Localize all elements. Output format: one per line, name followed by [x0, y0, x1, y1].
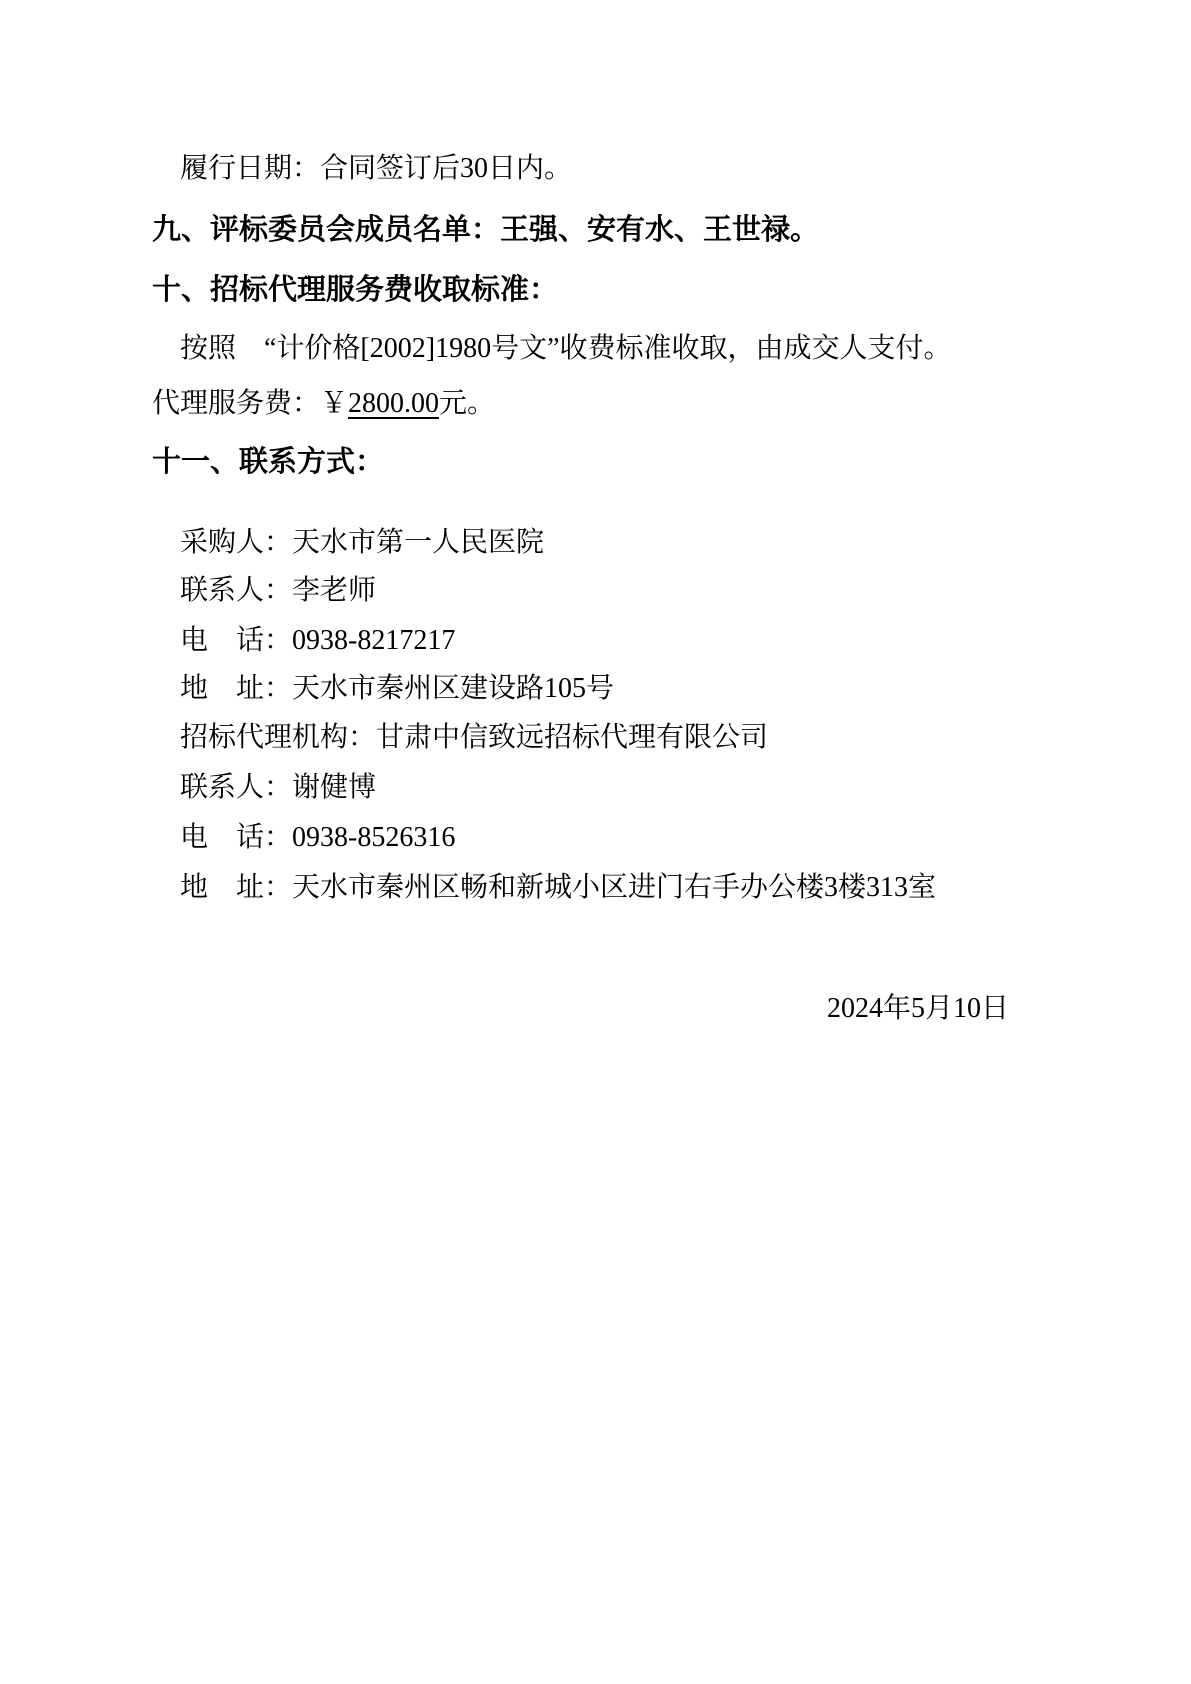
purchaser-phone-line: 电 话：0938-8217217 — [180, 623, 455, 659]
agency-contact-person-line: 联系人：谢健博 — [180, 770, 376, 806]
agency-fee-line: 代理服务费：￥2800.00元。 — [152, 386, 495, 422]
agency-fee-amount: 2800.00 — [348, 388, 439, 419]
purchaser-line: 采购人：天水市第一人民医院 — [180, 525, 544, 561]
agency-fee-suffix: 元。 — [439, 388, 495, 419]
agency-phone-line: 电 话：0938-8526316 — [180, 820, 455, 856]
agency-name-line: 招标代理机构：甘肃中信致远招标代理有限公司 — [180, 720, 768, 756]
purchaser-address-line: 地 址：天水市秦州区建设路105号 — [180, 671, 614, 707]
section-ten-heading: 十、招标代理服务费收取标准： — [152, 272, 558, 308]
agency-fee-label: 代理服务费：￥ — [152, 388, 348, 419]
fee-basis-line: 按照 “计价格[2002]1980号文”收费标准收取，由成交人支付。 — [180, 331, 952, 367]
performance-date-line: 履行日期：合同签订后30日内。 — [180, 151, 572, 187]
document-date: 2024年5月10日 — [827, 991, 1009, 1027]
purchaser-contact-person-line: 联系人：李老师 — [180, 573, 376, 609]
section-eleven-heading: 十一、联系方式： — [152, 444, 384, 480]
document-page: 履行日期：合同签订后30日内。 九、评标委员会成员名单：王强、安有水、王世禄。 … — [0, 0, 1191, 1684]
section-nine-heading: 九、评标委员会成员名单：王强、安有水、王世禄。 — [152, 212, 819, 248]
agency-address-line: 地 址：天水市秦州区畅和新城小区进门右手办公楼3楼313室 — [180, 870, 936, 906]
